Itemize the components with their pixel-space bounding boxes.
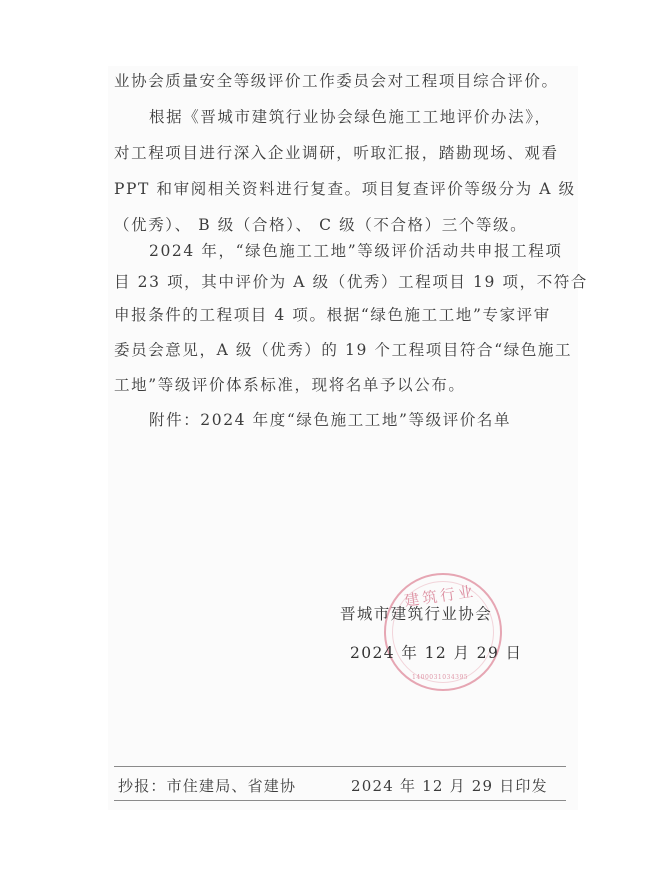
footer-top-rule (114, 766, 566, 767)
body-line-1: 业协会质量安全等级评价工作委员会对工程项目综合评价。 (114, 71, 559, 91)
body-line-8: 申报条件的工程项目 4 项。根据“绿色施工工地”专家评审 (114, 305, 551, 325)
body-line-10: 工地”等级评价体系标准，现将名单予以公布。 (114, 375, 466, 395)
body-line-4: PPT 和审阅相关资料进行复查。项目复查评价等级分为 A 级 (114, 179, 576, 199)
seal-code: 1400031034395 (412, 674, 468, 681)
body-line-5: （优秀）、 B 级（合格）、 C 级（不合格）三个等级。 (114, 215, 527, 235)
body-line-6: 2024 年，“绿色施工工地”等级评价活动共申报工程项 (149, 241, 562, 261)
attachment-line: 附件：2024 年度“绿色施工工地”等级评价名单 (149, 410, 511, 430)
footer-bottom-rule (114, 800, 566, 801)
footer-issued-date: 2024 年 12 月 29 日印发 (351, 775, 548, 796)
body-line-7: 目 23 项，其中评价为 A 级（优秀）工程项目 19 项，不符合 (114, 272, 588, 292)
body-line-3: 对工程项目进行深入企业调研，听取汇报，踏勘现场、观看 (114, 143, 559, 163)
document-page (108, 66, 578, 810)
signature-organization: 晋城市建筑行业协会 (340, 602, 492, 624)
official-seal: 建筑行业 1400031034395 (384, 573, 502, 691)
footer-cc: 抄报：市住建局、省建协 (118, 775, 296, 796)
body-line-9: 委员会意见，A 级（优秀）的 19 个工程项目符合“绿色施工 (114, 340, 572, 360)
body-line-2: 根据《晋城市建筑行业协会绿色施工工地评价办法》， (149, 107, 552, 127)
signature-date: 2024 年 12 月 29 日 (350, 641, 522, 663)
